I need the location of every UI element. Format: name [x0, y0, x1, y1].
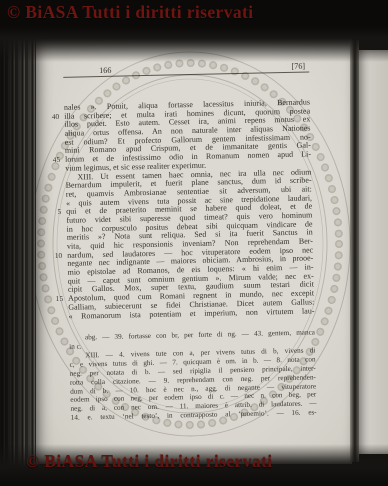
copyright-watermark-top: © BiASA Tutti i diritti riservati: [7, 2, 254, 23]
apparatus-footnotes: abg. — 39. fortasse con br, per forte di…: [69, 329, 317, 423]
margin-line-number: 40: [52, 113, 60, 122]
body-text: nales ». Potuit, aliqua fortasse lacessi…: [64, 98, 315, 321]
facing-page-edge: [359, 50, 388, 454]
footnote-line-text: in c.: [69, 343, 82, 351]
margin-line-number: 15: [56, 295, 64, 304]
page-number-right: [76]: [291, 62, 305, 71]
scanned-book-photo: 166 [76] nales ». Potuit, aliqua fortass…: [0, 0, 388, 486]
printed-page-content: 166 [76] nales ». Potuit, aliqua fortass…: [33, 35, 358, 468]
copyright-watermark-bottom: © BiASA Tutti i diritti riservati: [26, 451, 273, 472]
page-header: 166 [76]: [63, 59, 309, 77]
margin-line-number: 5: [57, 208, 61, 217]
margin-line-number: 45: [53, 156, 61, 165]
page-number-left: 166: [99, 66, 111, 75]
margin-line-number: 10: [55, 252, 63, 261]
